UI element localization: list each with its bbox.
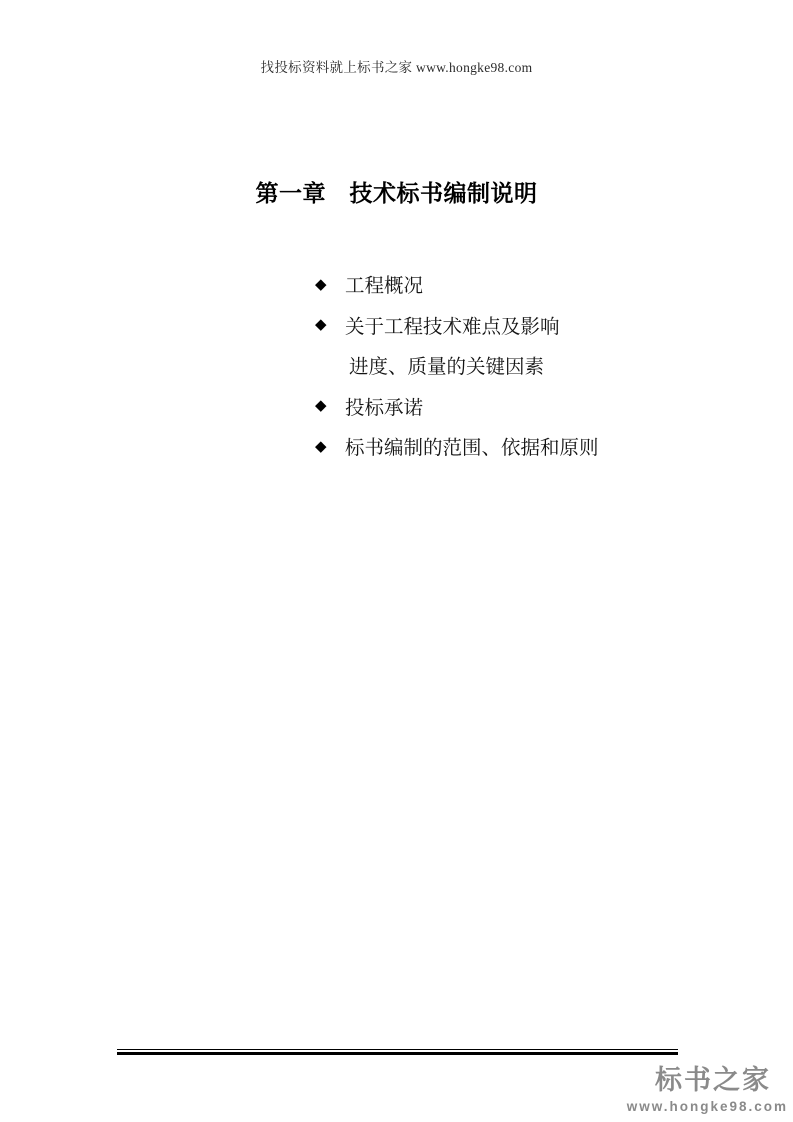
site-watermark-url: www.hongke98.com bbox=[627, 1099, 788, 1114]
footer-divider bbox=[117, 1049, 678, 1055]
toc-item: ◆ 关于工程技术难点及影响 bbox=[315, 305, 599, 346]
chapter-title: 第一章 技术标书编制说明 bbox=[0, 175, 793, 208]
diamond-bullet-icon: ◆ bbox=[315, 317, 345, 332]
toc-item: ◆ 投标承诺 bbox=[315, 386, 599, 427]
document-page: 找投标资料就上标书之家 www.hongke98.com 第一章 技术标书编制说… bbox=[0, 0, 793, 1122]
toc-item-label: 标书编制的范围、依据和原则 bbox=[345, 432, 599, 460]
toc-item: ◆ 标书编制的范围、依据和原则 bbox=[315, 426, 599, 467]
toc-item-label: 工程概况 bbox=[345, 270, 423, 298]
diamond-bullet-icon: ◆ bbox=[315, 398, 345, 413]
footer-divider-thin-line bbox=[117, 1049, 678, 1050]
toc-list: ◆ 工程概况 ◆ 关于工程技术难点及影响 进度、质量的关键因素 ◆ 投标承诺 ◆… bbox=[315, 264, 599, 467]
footer-divider-thick-line bbox=[117, 1052, 678, 1055]
diamond-bullet-icon: ◆ bbox=[315, 439, 345, 454]
site-watermark-logo-text: 标书之家 bbox=[655, 1066, 771, 1096]
toc-item-label: 关于工程技术难点及影响 bbox=[345, 311, 560, 339]
toc-item: ◆ 工程概况 bbox=[315, 264, 599, 305]
toc-item-label: 投标承诺 bbox=[345, 392, 423, 420]
toc-item-continuation: 进度、质量的关键因素 bbox=[315, 345, 599, 386]
toc-item-label: 进度、质量的关键因素 bbox=[349, 351, 544, 379]
diamond-bullet-icon: ◆ bbox=[315, 277, 345, 292]
header-watermark-text: 找投标资料就上标书之家 www.hongke98.com bbox=[0, 56, 793, 76]
